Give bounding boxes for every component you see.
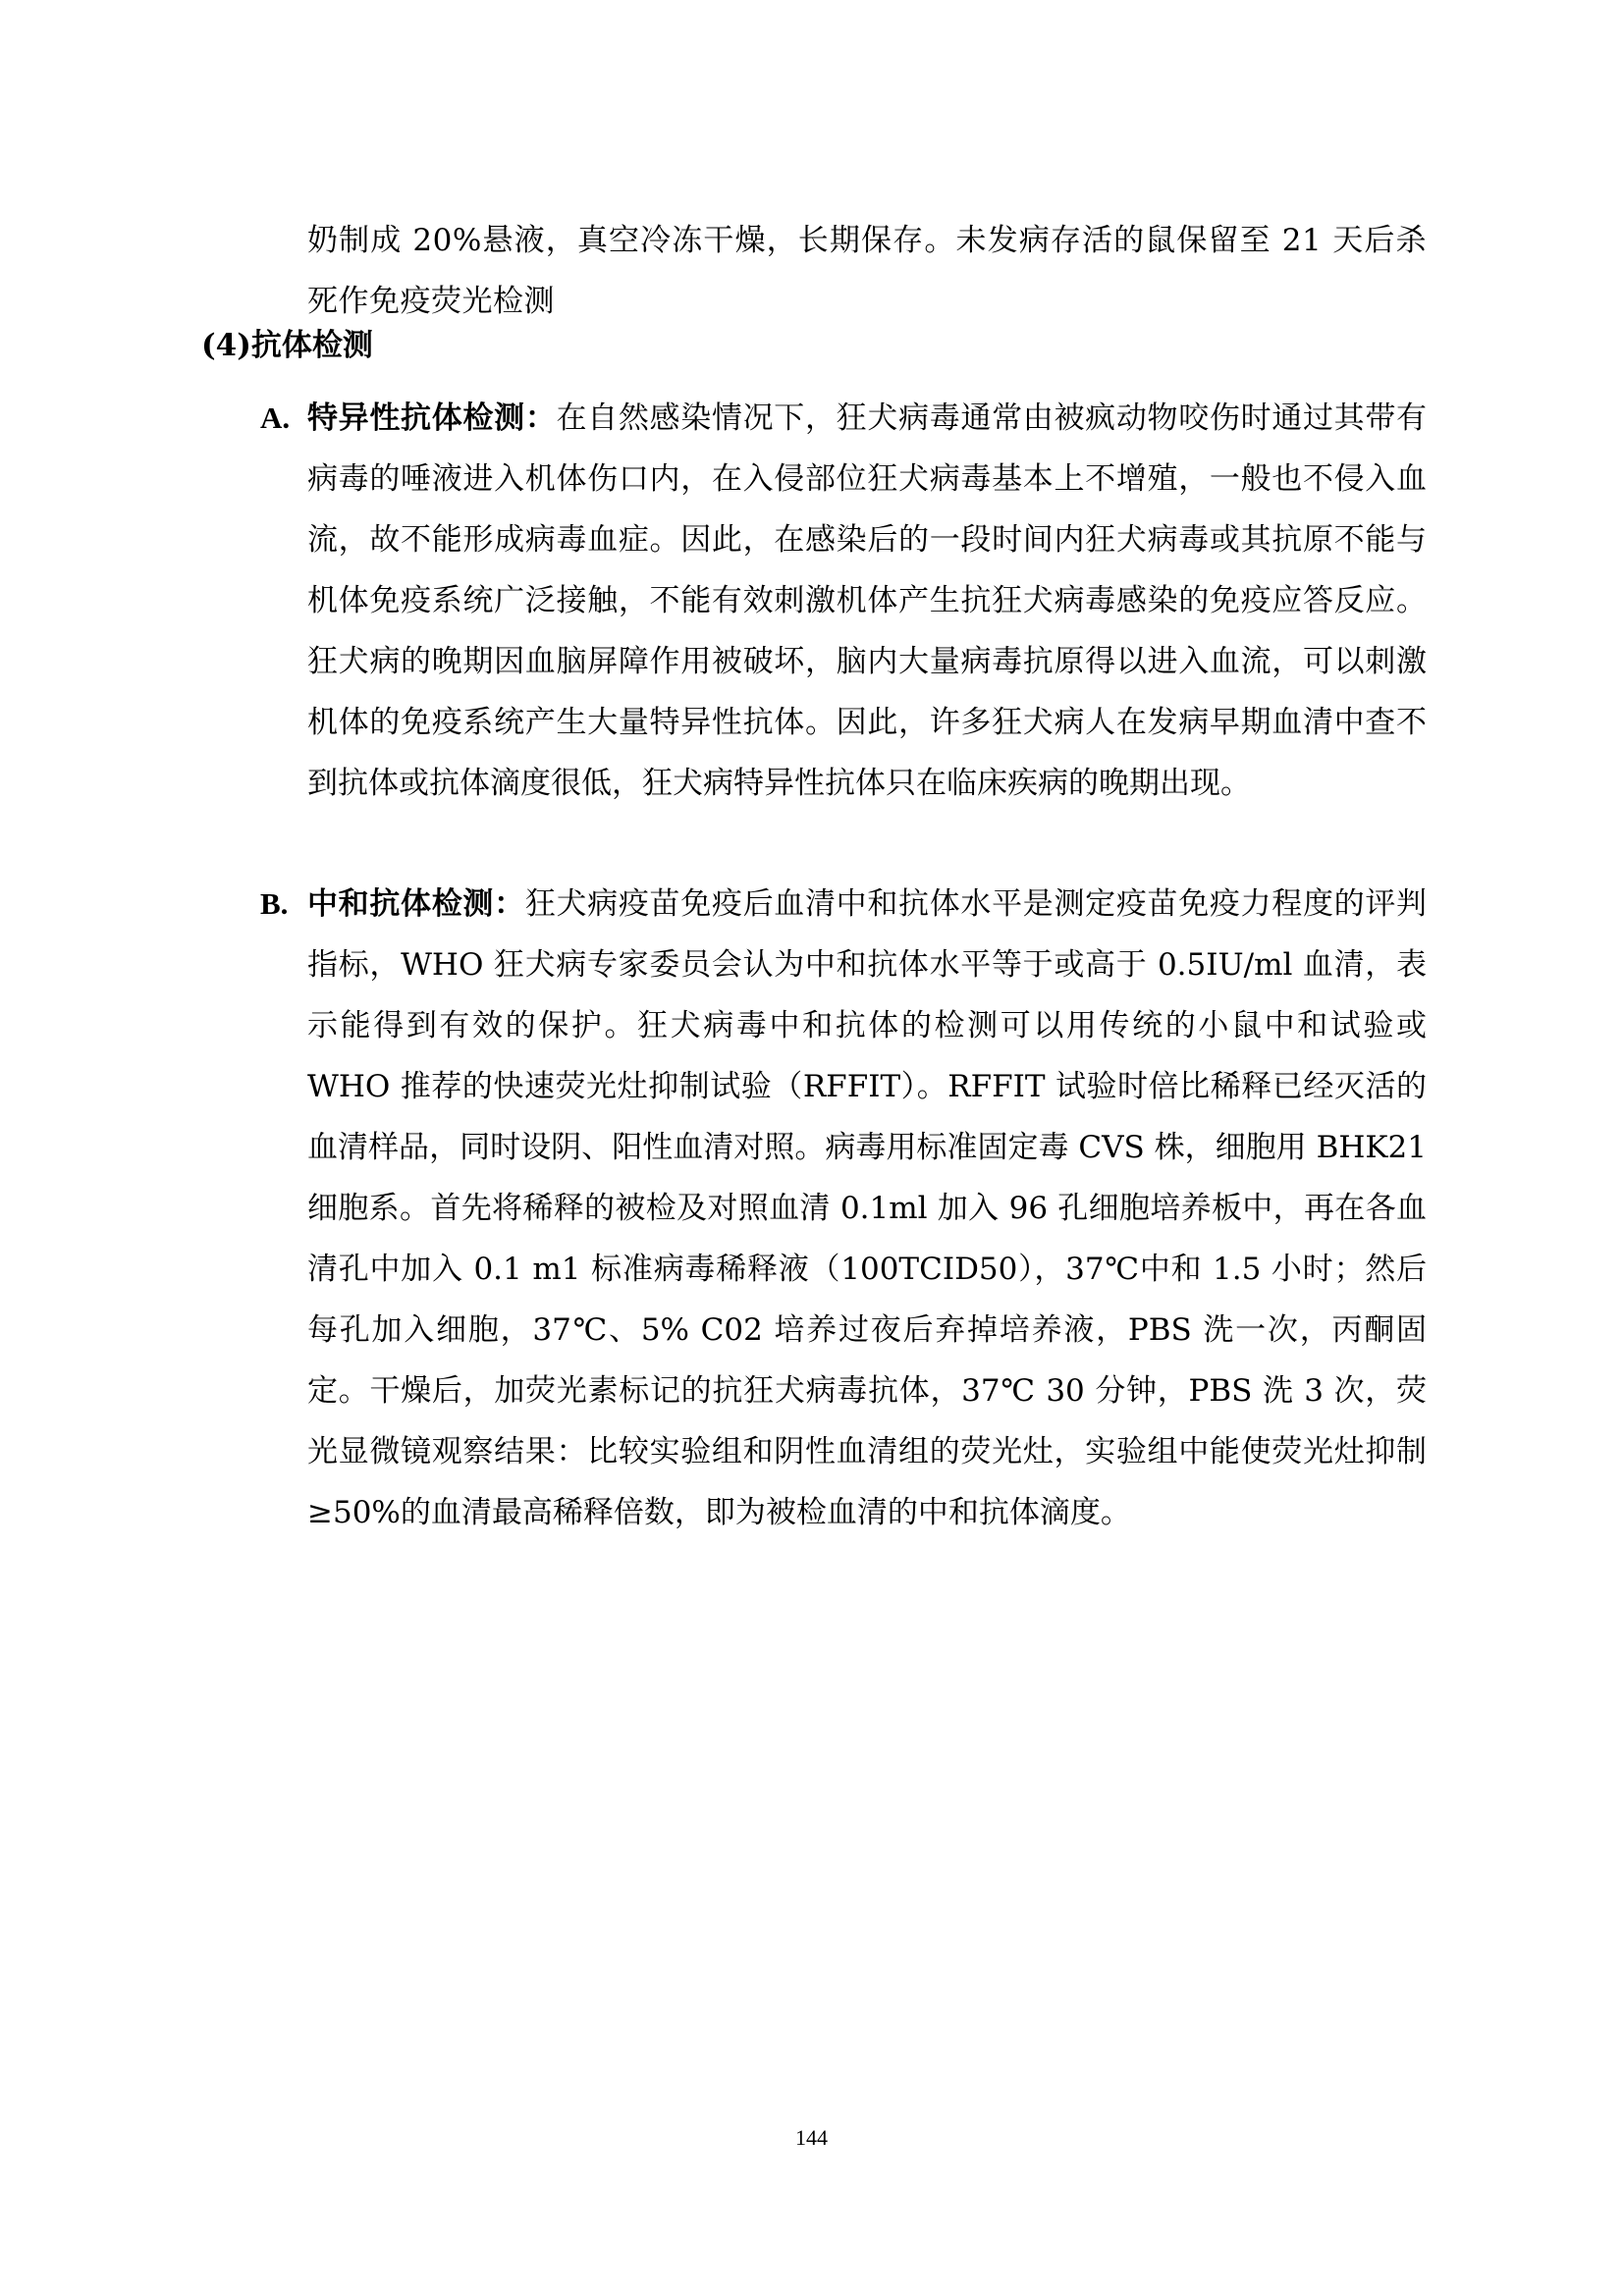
item-text: 狂犬病疫苗免疫后血清中和抗体水平是测定疫苗免疫力程度的评判指标，WHO 狂犬病专… [307, 886, 1427, 1530]
continuation-paragraph: 奶制成 20%悬液，真空冷冻干燥，长期保存。未发病存活的鼠保留至 21 天后杀死… [307, 210, 1427, 332]
item-lead-colon: ： [525, 400, 557, 436]
item-lead-colon: ： [494, 886, 525, 922]
list-item-body: 中和抗体检测：狂犬病疫苗免疫后血清中和抗体水平是测定疫苗免疫力程度的评判指标，W… [307, 874, 1427, 1543]
list-item-neutralizing-antibody: B. 中和抗体检测：狂犬病疫苗免疫后血清中和抗体水平是测定疫苗免疫力程度的评判指… [260, 874, 1427, 1543]
list-item-specific-antibody: A. 特异性抗体检测：在自然感染情况下，狂犬病毒通常由被疯动物咬伤时通过其带有病… [260, 388, 1427, 814]
section-heading: (4)抗体检测 [201, 326, 373, 365]
list-marker: B. [260, 874, 288, 934]
page-number: 144 [0, 2125, 1623, 2151]
item-lead-title: 中和抗体检测 [307, 886, 494, 922]
document-page: 奶制成 20%悬液，真空冷冻干燥，长期保存。未发病存活的鼠保留至 21 天后杀死… [0, 0, 1623, 2296]
item-text: 在自然感染情况下，狂犬病毒通常由被疯动物咬伤时通过其带有病毒的唾液进入机体伤口内… [307, 400, 1427, 801]
item-lead-title: 特异性抗体检测 [307, 400, 525, 436]
list-marker: A. [260, 388, 290, 449]
list-item-body: 特异性抗体检测：在自然感染情况下，狂犬病毒通常由被疯动物咬伤时通过其带有病毒的唾… [307, 388, 1427, 814]
